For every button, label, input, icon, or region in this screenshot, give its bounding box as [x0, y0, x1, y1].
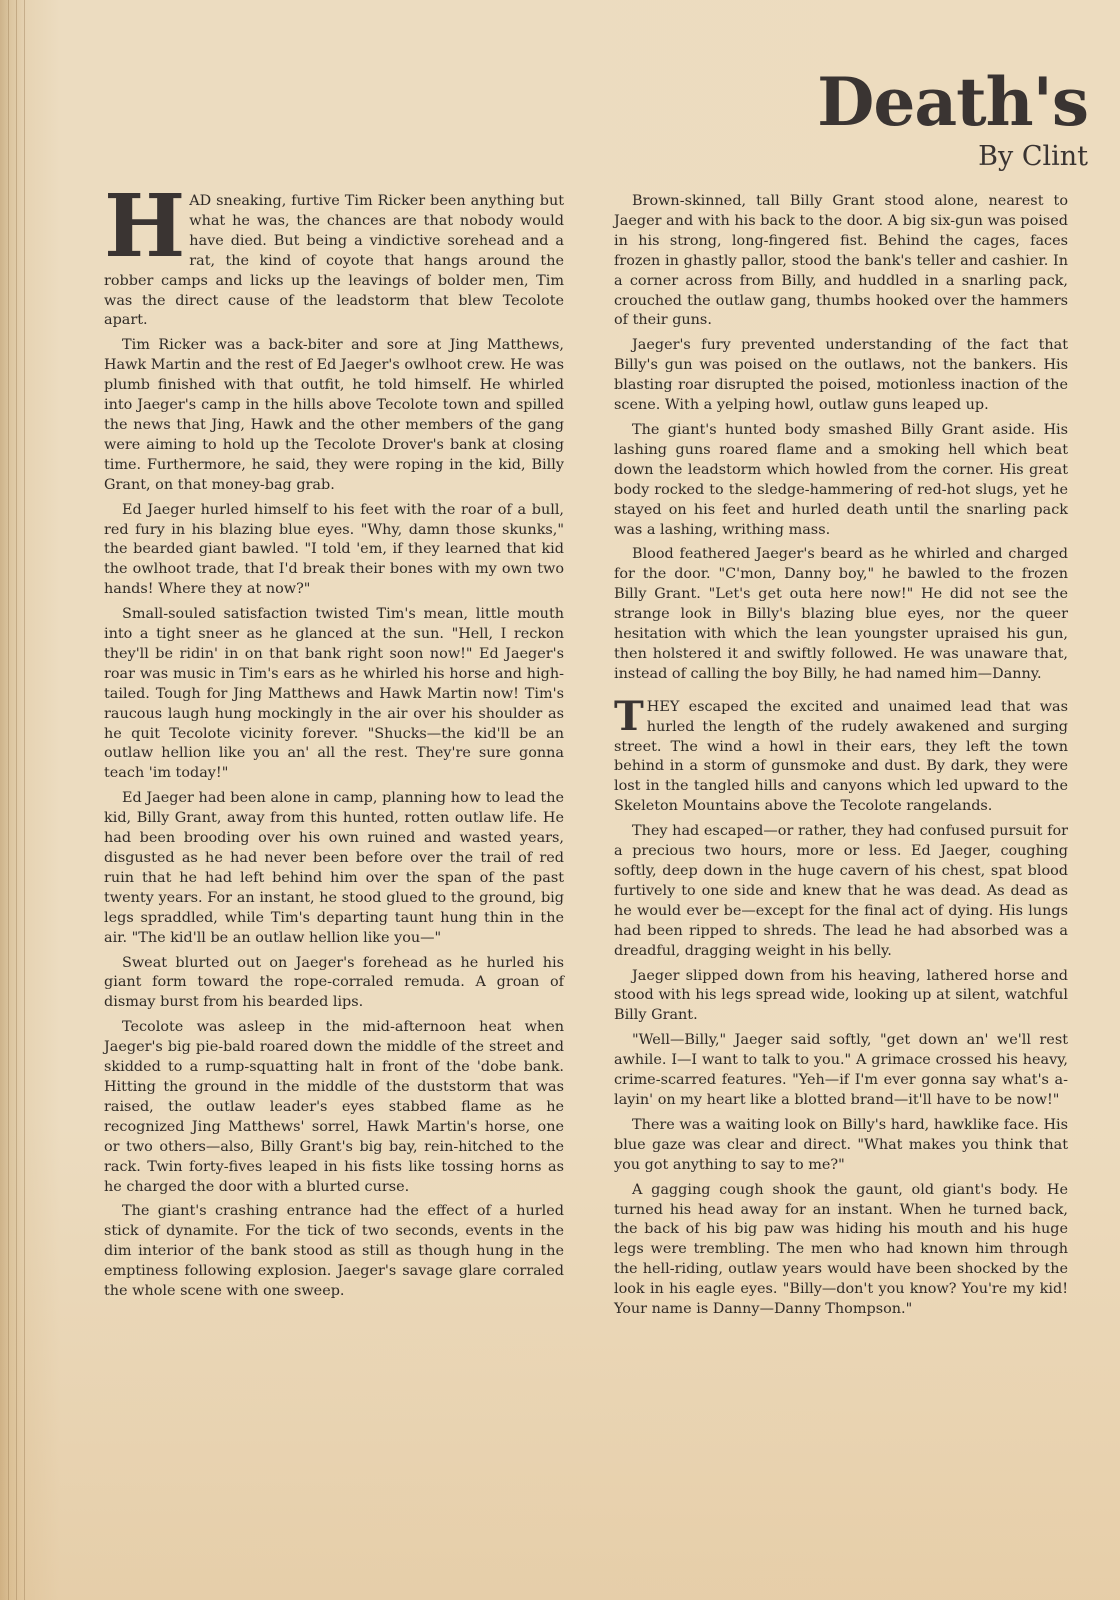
lead-in-caps: AD — [189, 193, 211, 209]
paragraph: Ed Jaeger had been alone in camp, planni… — [104, 789, 564, 948]
paragraph: The giant's crashing entrance had the ef… — [104, 1202, 564, 1302]
drop-cap: H — [104, 194, 185, 264]
paragraph: A gagging cough shook the gaunt, old gia… — [614, 1181, 1068, 1320]
lead-in-caps: HEY — [647, 699, 680, 715]
story-header: Death's By Clint — [817, 66, 1088, 174]
section-break — [614, 690, 1068, 698]
paragraph: Tecolote was asleep in the mid-afternoon… — [104, 1018, 564, 1197]
paragraph-text: escaped the excited and unaimed lead tha… — [614, 699, 1068, 815]
paragraph: Sweat blurted out on Jaeger's forehead a… — [104, 954, 564, 1014]
paragraph: Tim Ricker was a back-biter and sore at … — [104, 336, 564, 495]
drop-cap: T — [614, 701, 644, 733]
opening-paragraph: HAD sneaking, furtive Tim Ricker been an… — [104, 192, 564, 331]
paragraph: Jaeger's fury prevented understanding of… — [614, 336, 1068, 416]
page-binding-edge — [8, 0, 9, 1600]
paragraph: Small-souled satisfaction twisted Tim's … — [104, 605, 564, 784]
paragraph: Ed Jaeger hurled himself to his feet wit… — [104, 501, 564, 601]
paragraph: Brown-skinned, tall Billy Grant stood al… — [614, 192, 1068, 331]
page-binding-edge — [24, 0, 25, 1600]
story-byline: By Clint — [817, 140, 1088, 174]
page-binding-edge — [16, 0, 17, 1600]
paragraph: The giant's hunted body smashed Billy Gr… — [614, 421, 1068, 540]
story-title: Death's — [817, 66, 1088, 138]
paragraph: Jaeger slipped down from his heaving, la… — [614, 967, 1068, 1027]
right-column: Brown-skinned, tall Billy Grant stood al… — [614, 192, 1068, 1325]
paragraph: "Well—Billy," Jaeger said softly, "get d… — [614, 1031, 1068, 1111]
paragraph: Blood feathered Jaeger's beard as he whi… — [614, 545, 1068, 684]
paragraph: They had escaped—or rather, they had con… — [614, 822, 1068, 961]
magazine-page: Death's By Clint HAD sneaking, furtive T… — [0, 0, 1120, 1600]
section-opening-paragraph: THEY escaped the excited and unaimed lea… — [614, 698, 1068, 817]
left-column: HAD sneaking, furtive Tim Ricker been an… — [104, 192, 564, 1307]
paragraph: There was a waiting look on Billy's hard… — [614, 1116, 1068, 1176]
